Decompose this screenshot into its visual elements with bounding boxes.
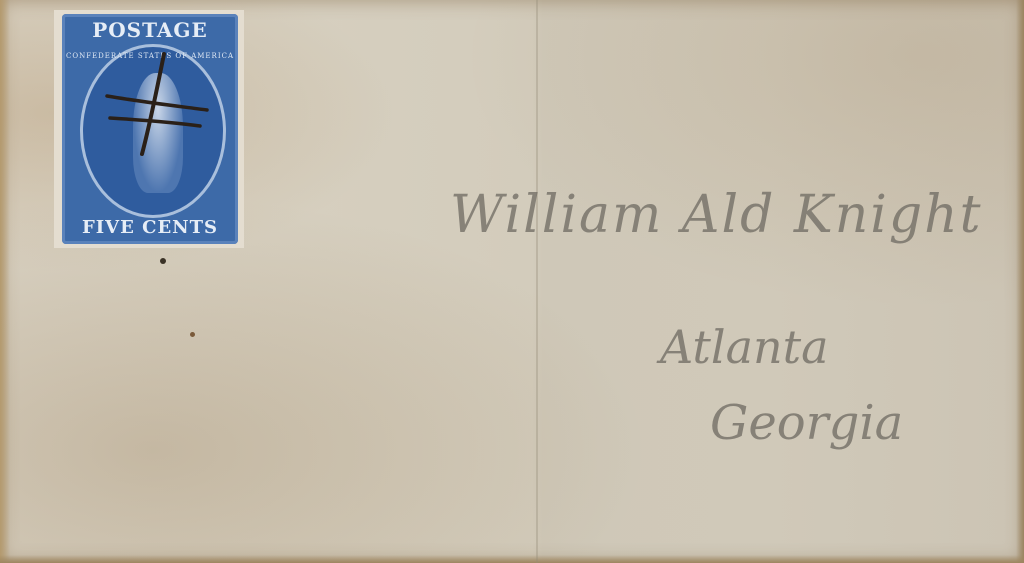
address-city: Atlanta — [660, 320, 829, 374]
postage-stamp: POSTAGE CONFEDERATE STATES OF AMERICA FI… — [62, 14, 238, 244]
envelope: POSTAGE CONFEDERATE STATES OF AMERICA FI… — [0, 0, 1024, 563]
address-name: William Ald Knight — [450, 185, 983, 245]
address-state: Georgia — [710, 395, 903, 451]
ink-spot — [160, 258, 166, 264]
envelope-edge-left — [0, 0, 10, 563]
pen-cancel-icon — [62, 14, 238, 244]
envelope-edge-bottom — [0, 555, 1024, 563]
paper-fold — [536, 0, 538, 563]
envelope-edge-right — [1016, 0, 1024, 563]
stain-spot — [190, 332, 195, 337]
